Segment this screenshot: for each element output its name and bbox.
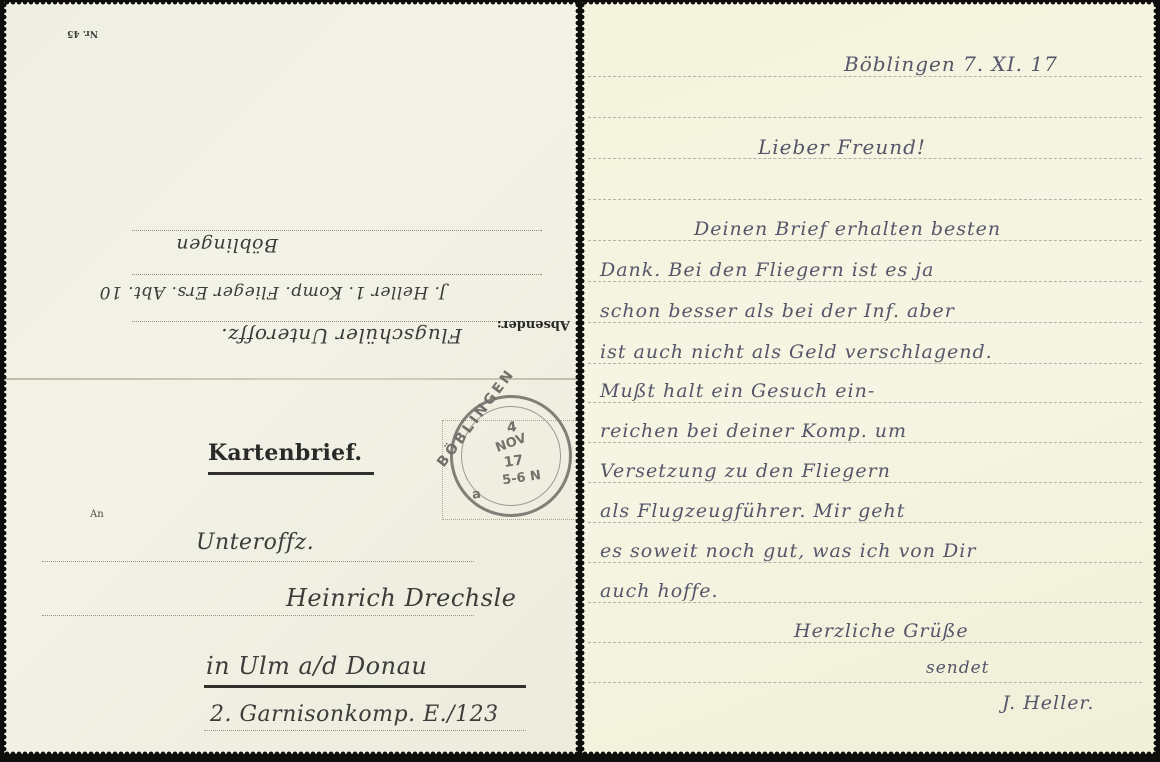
sender-dotted-line [132, 321, 542, 322]
ruled-line [588, 442, 1142, 443]
ruled-line [588, 117, 1142, 118]
letter-salutation: Lieber Freund! [758, 135, 926, 159]
sender-flap: Nr. 45 Absender: Flugschüler Unteroffz. … [4, 2, 578, 378]
sender-handwriting-line-1: Flugschüler Unteroffz. [221, 324, 462, 348]
letter-body-line: Versetzung zu den Fliegern [600, 460, 891, 482]
ruled-line [588, 240, 1142, 241]
fold-crease [4, 378, 578, 380]
ruled-line [588, 402, 1142, 403]
title-underline [208, 472, 374, 475]
sender-handwriting-line-2: J. Heller 1. Komp. Flieger Ers. Abt. 10 [99, 282, 446, 302]
perforated-edge-bottom [4, 750, 578, 754]
letter-body-line: es soweit noch gut, was ich von Dir [600, 540, 976, 562]
ruled-line [588, 363, 1142, 364]
ruled-line [588, 76, 1142, 77]
form-number: Nr. 45 [67, 28, 98, 38]
letter-closing-sendet: sendet [926, 658, 990, 678]
perforated-edge-bottom [582, 750, 1156, 754]
ruled-line [588, 682, 1142, 683]
sender-dotted-line [132, 274, 542, 275]
letter-inner-panel: Böblingen 7. XI. 17 Lieber Freund! Deine… [582, 2, 1156, 754]
ruled-line [588, 322, 1142, 323]
perforated-edge-right [1152, 2, 1156, 754]
letter-body-line: ist auch nicht als Geld verschlagend. [600, 341, 993, 363]
letter-body-line: Mußt halt ein Gesuch ein- [600, 380, 875, 402]
postmark-year: 17 [503, 452, 525, 471]
perforated-edge-left [4, 2, 8, 754]
perforated-edge-right [574, 2, 578, 754]
address-unit: 2. Garnisonkomp. E./123 [210, 702, 499, 727]
perforated-edge-top [582, 2, 1156, 6]
kartenbrief-title: Kartenbrief. [208, 440, 362, 466]
sender-dotted-line [132, 230, 542, 231]
letter-closing: Herzliche Grüße [794, 620, 969, 642]
ruled-line [588, 281, 1142, 282]
ruled-line [588, 562, 1142, 563]
address-rank: Unteroffz. [196, 530, 314, 555]
letter-place-date: Böblingen 7. XI. 17 [844, 52, 1058, 76]
sender-handwriting-line-3: Böblingen [176, 234, 278, 256]
letter-body-line: als Flugzeugführer. Mir geht [600, 500, 905, 522]
address-name: Heinrich Drechsle [286, 584, 516, 612]
address-dotted-line [204, 730, 526, 731]
letter-body-line: Dank. Bei den Fliegern ist es ja [600, 259, 935, 281]
letter-body-line: Deinen Brief erhalten besten [694, 218, 1001, 240]
letter-signature: J. Heller. [1002, 692, 1094, 714]
address-dotted-line [42, 561, 474, 562]
kartenbrief-front-panel: Nr. 45 Absender: Flugschüler Unteroffz. … [4, 2, 578, 754]
letter-body-line: reichen bei deiner Komp. um [600, 420, 907, 442]
address-place-underline [204, 685, 526, 688]
ruled-line [588, 522, 1142, 523]
sender-label: Absender: [497, 317, 570, 332]
ruled-line [588, 602, 1142, 603]
ruled-line [588, 199, 1142, 200]
postmark-letter: a [471, 487, 482, 503]
letter-body-line: auch hoffe. [600, 580, 719, 602]
ruled-line [588, 642, 1142, 643]
address-city: in Ulm a/d Donau [206, 652, 427, 680]
ruled-line [588, 482, 1142, 483]
perforated-edge-top [4, 2, 578, 6]
address-dotted-line [42, 615, 474, 616]
letter-body-line: schon besser als bei der Inf. aber [600, 300, 955, 322]
to-label: An [90, 509, 104, 520]
perforated-edge-left [582, 2, 586, 754]
